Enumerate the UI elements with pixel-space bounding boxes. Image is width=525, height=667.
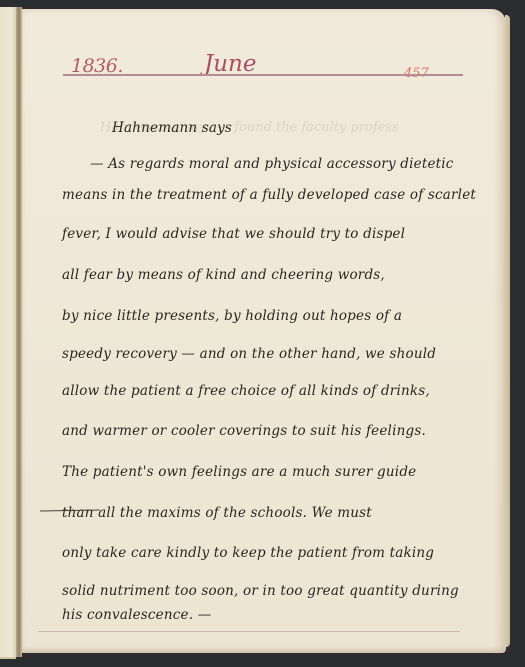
body-line: The patient's own feelings are a much su…: [62, 464, 416, 480]
body-line: than all the maxims of the schools. We m…: [62, 505, 372, 521]
body-line: speedy recovery — and on the other hand,…: [62, 346, 436, 362]
body-line: means in the treatment of a fully develo…: [62, 187, 476, 203]
bottom-rule: [38, 631, 460, 632]
body-line: — As regards moral and physical accessor…: [90, 156, 454, 172]
header-rule: [63, 74, 463, 76]
body-line: only take care kindly to keep the patien…: [62, 545, 434, 561]
body-line: fever, I would advise that we should try…: [62, 226, 405, 242]
body-line: and warmer or cooler coverings to suit h…: [62, 423, 426, 439]
body-line: by nice little presents, by holding out …: [62, 308, 402, 324]
body-line: allow the patient a free choice of all k…: [62, 383, 430, 399]
page-stack-edge: [505, 15, 510, 647]
body-line: Hahnemann says: [112, 120, 232, 136]
previous-page-edge: [0, 7, 16, 659]
body-line: all fear by means of kind and cheering w…: [62, 267, 385, 283]
body-line: solid nutriment too soon, or in too grea…: [62, 583, 459, 599]
body-line: his convalescence. —: [62, 607, 211, 623]
